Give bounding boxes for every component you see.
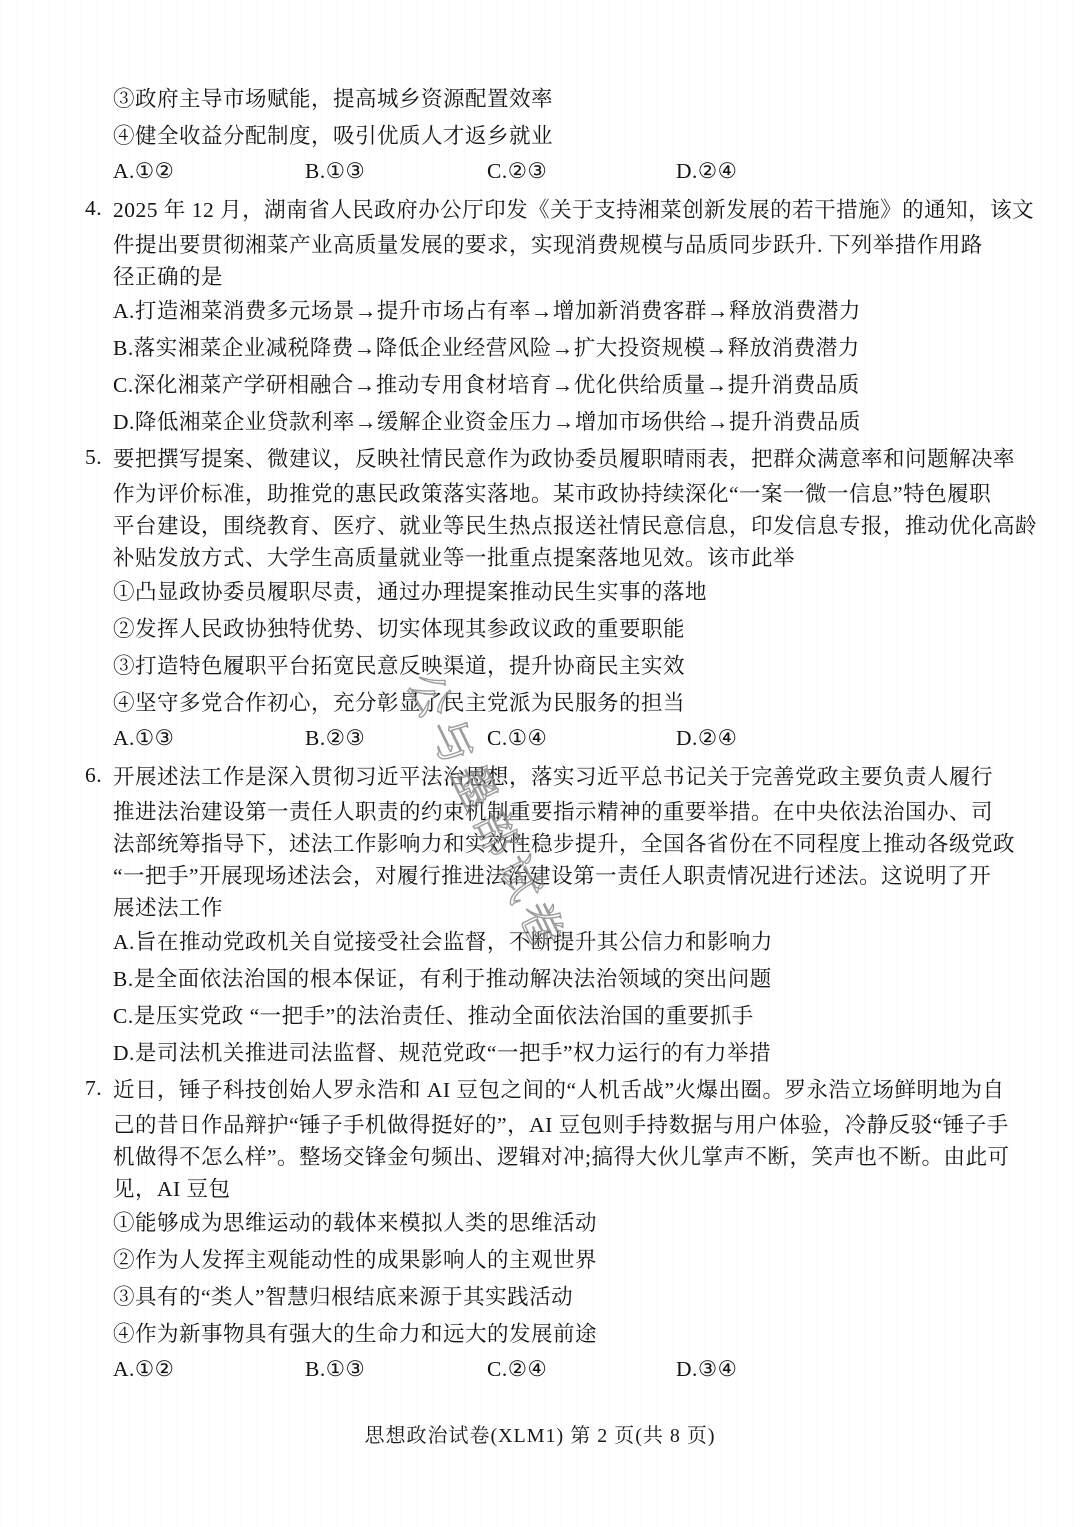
q7-stem-line-4: 见，AI 豆包 <box>85 1171 1080 1203</box>
q5-stem-line-2: 作为评价标准，助推党的惠民政策落实落地。某市政协持续深化“一案一微一信息”特色履… <box>85 476 1080 508</box>
q5-answer-row: A.①③ B.②③ C.①④ D.②④ <box>85 720 1080 757</box>
q7-item-1: ①能够成为思维运动的载体来模拟人类的思维活动 <box>85 1203 1080 1240</box>
carryover-choice-c: C.②③ <box>487 159 676 184</box>
q4-stem-text-1: 2025 年 12 月，湖南省人民政府办公厅印发《关于支持湘菜创新发展的若干措施… <box>113 193 1034 224</box>
q6-number: 6. <box>85 763 113 788</box>
q6-stem-line-2: 推进法治建设第一责任人职责的约束机制重要指示精神的重要举措。在中央依法治国办、司 <box>85 794 1080 826</box>
q7-item-2: ②作为人发挥主观能动性的成果影响人的主观世界 <box>85 1240 1080 1277</box>
q7-choice-a: A.①② <box>113 1357 305 1382</box>
q5-choice-d: D.②④ <box>676 726 1080 751</box>
carryover-answer-row: A.①② B.①③ C.②③ D.②④ <box>85 153 1080 190</box>
q5-stem-text-1: 要把撰写提案、微建议，反映社情民意作为政协委员履职晴雨表，把群众满意率和问题解决… <box>113 442 1015 473</box>
q7-choice-b: B.①③ <box>305 1357 487 1382</box>
q5-stem-line-1: 5. 要把撰写提案、微建议，反映社情民意作为政协委员履职晴雨表，把群众满意率和问… <box>85 439 1080 476</box>
q6-stem-line-1: 6. 开展述法工作是深入贯彻习近平法治思想，落实习近平总书记关于完善党政主要负责… <box>85 757 1080 794</box>
q4-number: 4. <box>85 196 113 221</box>
q5-choice-a: A.①③ <box>113 726 305 751</box>
q7-stem-line-3: 机做得不怎么样”。整场交锋金句频出、逻辑对冲;搞得大伙儿掌声不断，笑声也不断。由… <box>85 1139 1080 1171</box>
q6-stem-text-1: 开展述法工作是深入贯彻习近平法治思想，落实习近平总书记关于完善党政主要负责人履行 <box>113 760 993 791</box>
exam-page: ③政府主导市场赋能，提高城乡资源配置效率 ④健全收益分配制度，吸引优质人才返乡就… <box>0 0 1080 1527</box>
q6-option-a: A.旨在推动党政机关自觉接受社会监督，不断提升其公信力和影响力 <box>85 922 1080 959</box>
q7-item-4: ④作为新事物具有强大的生命力和远大的发展前途 <box>85 1314 1080 1351</box>
q4-stem-line-3: 径正确的是 <box>85 259 1080 291</box>
q4-option-b: B.落实湘菜企业减税降费→降低企业经营风险→扩大投资规模→释放消费潜力 <box>85 328 1080 365</box>
carryover-choice-d: D.②④ <box>676 159 1080 184</box>
q6-stem-line-4: “一把手”开展现场述法会，对履行推进法治建设第一责任人职责情况进行述法。这说明了… <box>85 858 1080 890</box>
q7-answer-row: A.①② B.①③ C.②④ D.③④ <box>85 1351 1080 1388</box>
carryover-choice-b: B.①③ <box>305 159 487 184</box>
q7-choice-d: D.③④ <box>676 1357 1080 1382</box>
q5-choice-c: C.①④ <box>487 726 676 751</box>
carryover-item-3: ③政府主导市场赋能，提高城乡资源配置效率 <box>85 79 1080 116</box>
q5-number: 5. <box>85 445 113 470</box>
q5-item-1: ①凸显政协委员履职尽责，通过办理提案推动民生实事的落地 <box>85 572 1080 609</box>
q7-number: 7. <box>85 1076 113 1101</box>
q5-item-3: ③打造特色履职平台拓宽民意反映渠道，提升协商民主实效 <box>85 646 1080 683</box>
q4-stem-line-1: 4. 2025 年 12 月，湖南省人民政府办公厅印发《关于支持湘菜创新发展的若… <box>85 190 1080 227</box>
q7-choice-c: C.②④ <box>487 1357 676 1382</box>
carryover-item-4: ④健全收益分配制度，吸引优质人才返乡就业 <box>85 116 1080 153</box>
q7-item-3: ③具有的“类人”智慧归根结底来源于其实践活动 <box>85 1277 1080 1314</box>
q4-option-a: A.打造湘菜消费多元场景→提升市场占有率→增加新消费客群→释放消费潜力 <box>85 291 1080 328</box>
q6-stem-line-3: 法部统筹指导下，述法工作影响力和实效性稳步提升，全国各省份在不同程度上推动各级党… <box>85 826 1080 858</box>
q6-option-c: C.是压实党政 “一把手”的法治责任、推动全面依法治国的重要抓手 <box>85 996 1080 1033</box>
q7-stem-text-1: 近日，锤子科技创始人罗永浩和 AI 豆包之间的“人机舌战”火爆出圈。罗永浩立场鲜… <box>113 1073 1005 1104</box>
carryover-choice-a: A.①② <box>113 159 305 184</box>
q5-item-4: ④坚守多党合作初心，充分彰显了民主党派为民服务的担当 <box>85 683 1080 720</box>
q7-stem-line-2: 己的昔日作品辩护“锤子手机做得挺好的”，AI 豆包则手持数据与用户体验，冷静反驳… <box>85 1107 1080 1139</box>
q4-option-c: C.深化湘菜产学研相融合→推动专用食材培育→优化供给质量→提升消费品质 <box>85 365 1080 402</box>
q4-stem-line-2: 件提出要贯彻湘菜产业高质量发展的要求，实现消费规模与品质同步跃升. 下列举措作用… <box>85 227 1080 259</box>
q4-option-d: D.降低湘菜企业贷款利率→缓解企业资金压力→增加市场供给→提升消费品质 <box>85 402 1080 439</box>
q5-choice-b: B.②③ <box>305 726 487 751</box>
q7-stem-line-1: 7. 近日，锤子科技创始人罗永浩和 AI 豆包之间的“人机舌战”火爆出圈。罗永浩… <box>85 1070 1080 1107</box>
page-footer: 思想政治试卷(XLM1) 第 2 页(共 8 页) <box>0 1419 1080 1445</box>
q6-option-d: D.是司法机关推进司法监督、规范党政“一把手”权力运行的有力举措 <box>85 1033 1080 1070</box>
q5-stem-line-3: 平台建设，围绕教育、医疗、就业等民生热点报送社情民意信息，印发信息专报，推动优化… <box>85 508 1080 540</box>
q5-item-2: ②发挥人民政协独特优势、切实体现其参政议政的重要职能 <box>85 609 1080 646</box>
q6-stem-line-5: 展述法工作 <box>85 890 1080 922</box>
q5-stem-line-4: 补贴发放方式、大学生高质量就业等一批重点提案落地见效。该市此举 <box>85 540 1080 572</box>
q6-option-b: B.是全面依法治国的根本保证，有利于推动解决法治领域的突出问题 <box>85 959 1080 996</box>
